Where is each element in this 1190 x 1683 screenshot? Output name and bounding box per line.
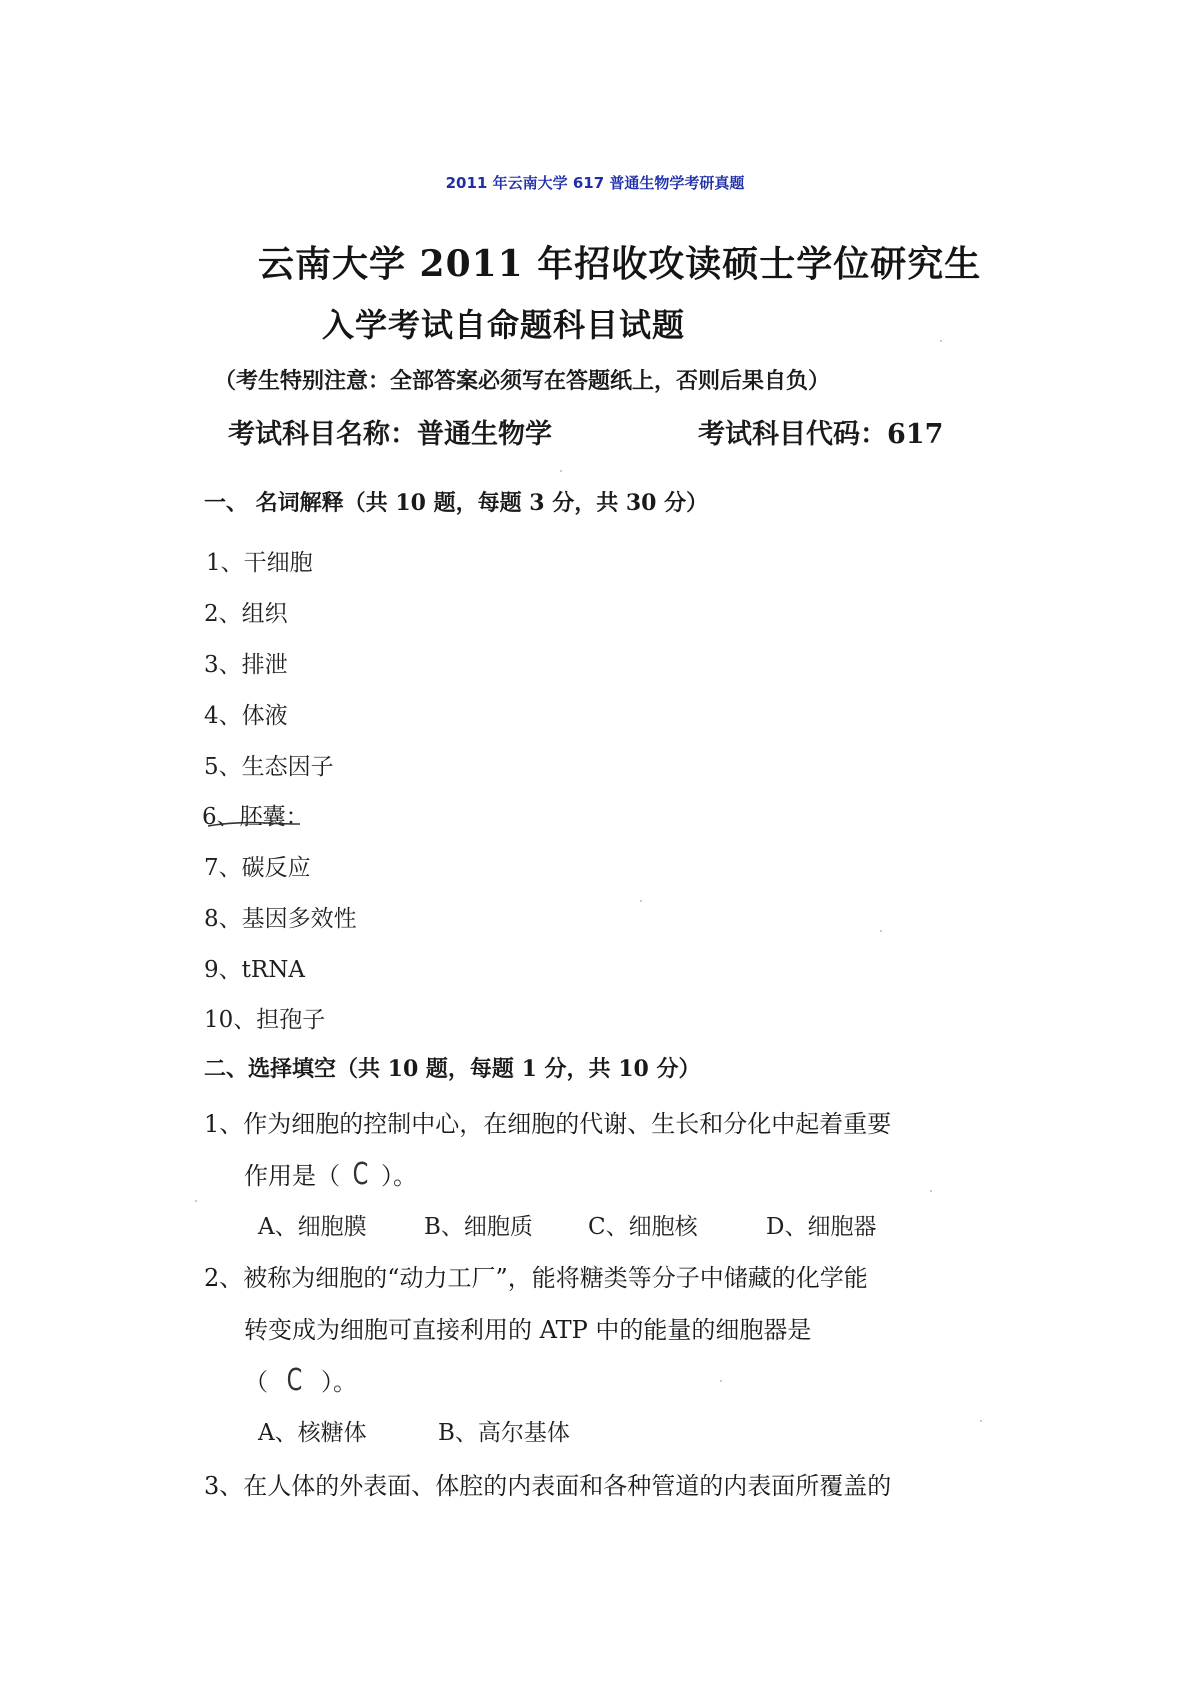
question-1-prefix: 作用是（ <box>244 1162 340 1190</box>
handwritten-underline-icon <box>206 820 302 828</box>
option-c: C、细胞核 <box>588 1208 766 1241</box>
term-item: 8、基因多效性 <box>204 900 357 933</box>
scan-speck <box>195 1200 197 1202</box>
exam-notice: （考生特别注意：全部答案必须写在答题纸上，否则后果自负） <box>214 364 830 395</box>
scan-speck <box>640 900 642 902</box>
document-header-title: 2011 年云南大学 617 普通生物学考研真题 <box>0 172 1190 193</box>
scan-speck <box>880 930 882 932</box>
exam-title-line1: 云南大学 2011 年招收攻读硕士学位研究生 <box>258 236 981 287</box>
handwritten-answer-mark: C <box>287 1363 303 1398</box>
question-1-options: A、细胞膜B、细胞质C、细胞核D、细胞器 <box>258 1208 876 1241</box>
section2-title: 二、选择填空（共 10 题，每题 1 分，共 10 分） <box>204 1052 701 1083</box>
question-2-blank-line: （C）。 <box>244 1362 357 1398</box>
scan-speck <box>560 470 562 472</box>
term-item: 1、干细胞 <box>206 544 313 577</box>
scan-speck <box>930 1190 932 1192</box>
term-item: 4、体液 <box>204 697 288 730</box>
option-b: B、高尔基体 <box>438 1414 642 1447</box>
question-2-options: A、核糖体B、高尔基体 <box>258 1414 642 1447</box>
question-1-blank-line: 作用是（C）。 <box>244 1156 417 1192</box>
question-2-text-line2: 转变成为细胞可直接利用的 ATP 中的能量的细胞器是 <box>244 1310 811 1345</box>
question-2-text: 2、被称为细胞的“动力工厂”，能将糖类等分子中储藏的化学能 <box>204 1258 868 1293</box>
term-item: 9、tRNA <box>204 951 305 984</box>
option-b: B、细胞质 <box>424 1208 588 1241</box>
term-item: 5、生态因子 <box>204 748 334 781</box>
scan-speck <box>980 1420 982 1422</box>
section1-title: 一、 名词解释（共 10 题，每题 3 分，共 30 分） <box>204 486 708 517</box>
term-item: 3、排泄 <box>204 646 288 679</box>
exam-page: 2011 年云南大学 617 普通生物学考研真题 云南大学 2011 年招收攻读… <box>0 0 1190 1683</box>
scan-speck <box>940 340 942 342</box>
subject-name: 考试科目名称：普通生物学 <box>228 412 552 451</box>
scan-speck <box>720 1380 722 1382</box>
term-item: 7、碳反应 <box>204 849 311 882</box>
option-a: A、细胞膜 <box>258 1208 424 1241</box>
question-2-prefix: （ <box>244 1368 268 1396</box>
question-3-text: 3、在人体的外表面、体腔的内表面和各种管道的内表面所覆盖的 <box>204 1466 891 1501</box>
term-item: 10、担孢子 <box>204 1001 325 1034</box>
question-2-suffix: ）。 <box>321 1368 357 1396</box>
option-a: A、核糖体 <box>258 1414 438 1447</box>
term-item: 2、组织 <box>204 595 288 628</box>
question-1-suffix: ）。 <box>381 1162 417 1190</box>
exam-title-line2: 入学考试自命题科目试题 <box>322 300 685 346</box>
question-1-text: 1、作为细胞的控制中心，在细胞的代谢、生长和分化中起着重要 <box>204 1104 891 1139</box>
subject-code: 考试科目代码：617 <box>698 412 943 451</box>
option-d: D、细胞器 <box>766 1208 876 1241</box>
handwritten-answer-mark: C <box>353 1157 369 1192</box>
